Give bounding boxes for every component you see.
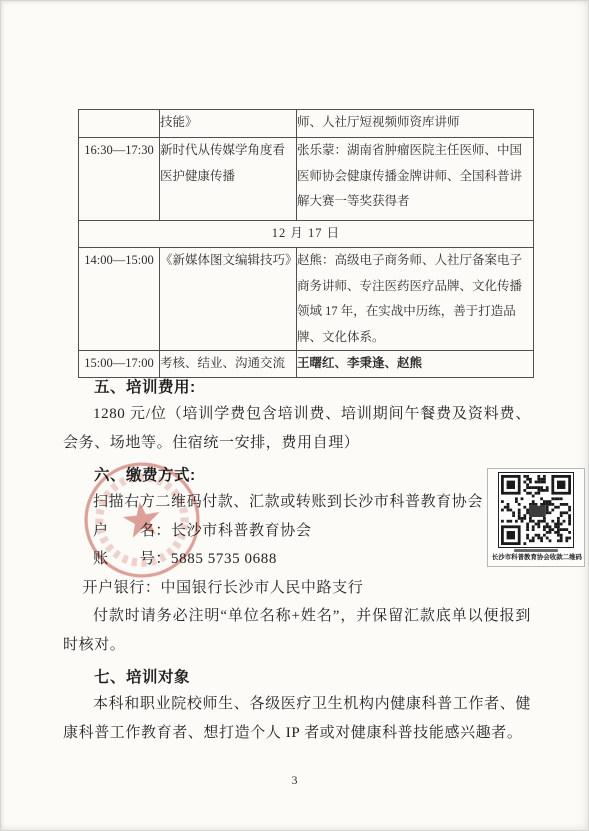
schedule-speaker-cell: 师、人社厅短视频师资库讲师 (297, 110, 534, 138)
schedule-topic-cell: 《新媒体图文编辑技巧》 (160, 248, 297, 351)
qr-payment-card: 长沙市科普教育协会收款二维码 (487, 468, 585, 567)
section-heading-payment: 六、缴费方式: (63, 463, 531, 488)
scanned-document-page: 技能》 师、人社厅短视频师资库讲师 16:30—17:30 新时代从传媒学角度看… (0, 0, 589, 831)
account-number-line: 账 号：5885 5735 0688 (63, 545, 531, 574)
schedule-speaker-cell: 赵熊：高级电子商务师、人社厅备案电子商务讲师、专注医药医疗品牌、文化传播领域 1… (297, 248, 534, 351)
bank-label: 开户银行： (83, 580, 161, 596)
audience-paragraph: 本科和职业院校师生、各级医疗卫生机构内健康科普工作者、健康科普工作教育者、想打造… (63, 690, 531, 747)
table-row: 技能》 师、人社厅短视频师资库讲师 (79, 110, 534, 138)
table-date-row: 12 月 17 日 (79, 221, 534, 248)
section-heading-fees: 五、培训费用: (63, 375, 531, 400)
schedule-table: 技能》 师、人社厅短视频师资库讲师 16:30—17:30 新时代从传媒学角度看… (78, 109, 534, 378)
qr-fineprint-smudge (514, 549, 558, 552)
document-body: 五、培训费用: 1280 元/位（培训学费包含培训费、培训期间午餐费及资料费、会… (63, 375, 531, 747)
account-name-label: 户 名： (93, 523, 171, 539)
qr-caption: 长沙市科普教育协会收款二维码 (492, 553, 580, 561)
schedule-topic-cell: 新时代从传媒学角度看医护健康传播 (160, 138, 297, 221)
table-row: 15:00—17:00 考核、结业、沟通交流 王曙红、李秉逢、赵熊 (79, 351, 534, 378)
schedule-speaker-cell: 王曙红、李秉逢、赵熊 (297, 351, 534, 378)
account-number-label: 账 号： (93, 551, 171, 567)
schedule-topic-cell: 考核、结业、沟通交流 (160, 351, 297, 378)
schedule-topic-cell: 技能》 (160, 110, 297, 138)
fees-paragraph: 1280 元/位（培训学费包含培训费、培训期间午餐费及资料费、会务、场地等。住宿… (63, 400, 531, 457)
payment-note-paragraph: 付款时请务必注明“单位名称+姓名”，并保留汇款底单以便报到时核对。 (63, 602, 531, 659)
table-row: 16:30—17:30 新时代从传媒学角度看医护健康传播 张乐蒙：湖南省肿瘤医院… (79, 138, 534, 221)
schedule-speaker-cell: 张乐蒙：湖南省肿瘤医院主任医师、中国医师协会健康传播金牌讲师、全国科普讲解大赛一… (297, 138, 534, 221)
payment-intro-line: 扫描右方二维码付款、汇款或转账到长沙市科普教育协会 (63, 488, 531, 517)
bank-value: 中国银行长沙市人民中路支行 (161, 580, 364, 596)
account-name-line: 户 名：长沙市科普教育协会 (63, 517, 531, 546)
qr-code (498, 472, 574, 548)
schedule-time-cell: 14:00—15:00 (79, 248, 160, 351)
account-number-value: 5885 5735 0688 (171, 551, 277, 567)
page-number: 3 (1, 773, 588, 788)
section-heading-audience: 七、培训对象 (63, 665, 531, 690)
schedule-time-cell (79, 110, 160, 138)
schedule-date-cell: 12 月 17 日 (79, 221, 534, 248)
account-name-value: 长沙市科普教育协会 (171, 523, 311, 539)
bank-line: 开户银行：中国银行长沙市人民中路支行 (63, 574, 531, 603)
schedule-time-cell: 15:00—17:00 (79, 351, 160, 378)
table-row: 14:00—15:00 《新媒体图文编辑技巧》 赵熊：高级电子商务师、人社厅备案… (79, 248, 534, 351)
schedule-time-cell: 16:30—17:30 (79, 138, 160, 221)
